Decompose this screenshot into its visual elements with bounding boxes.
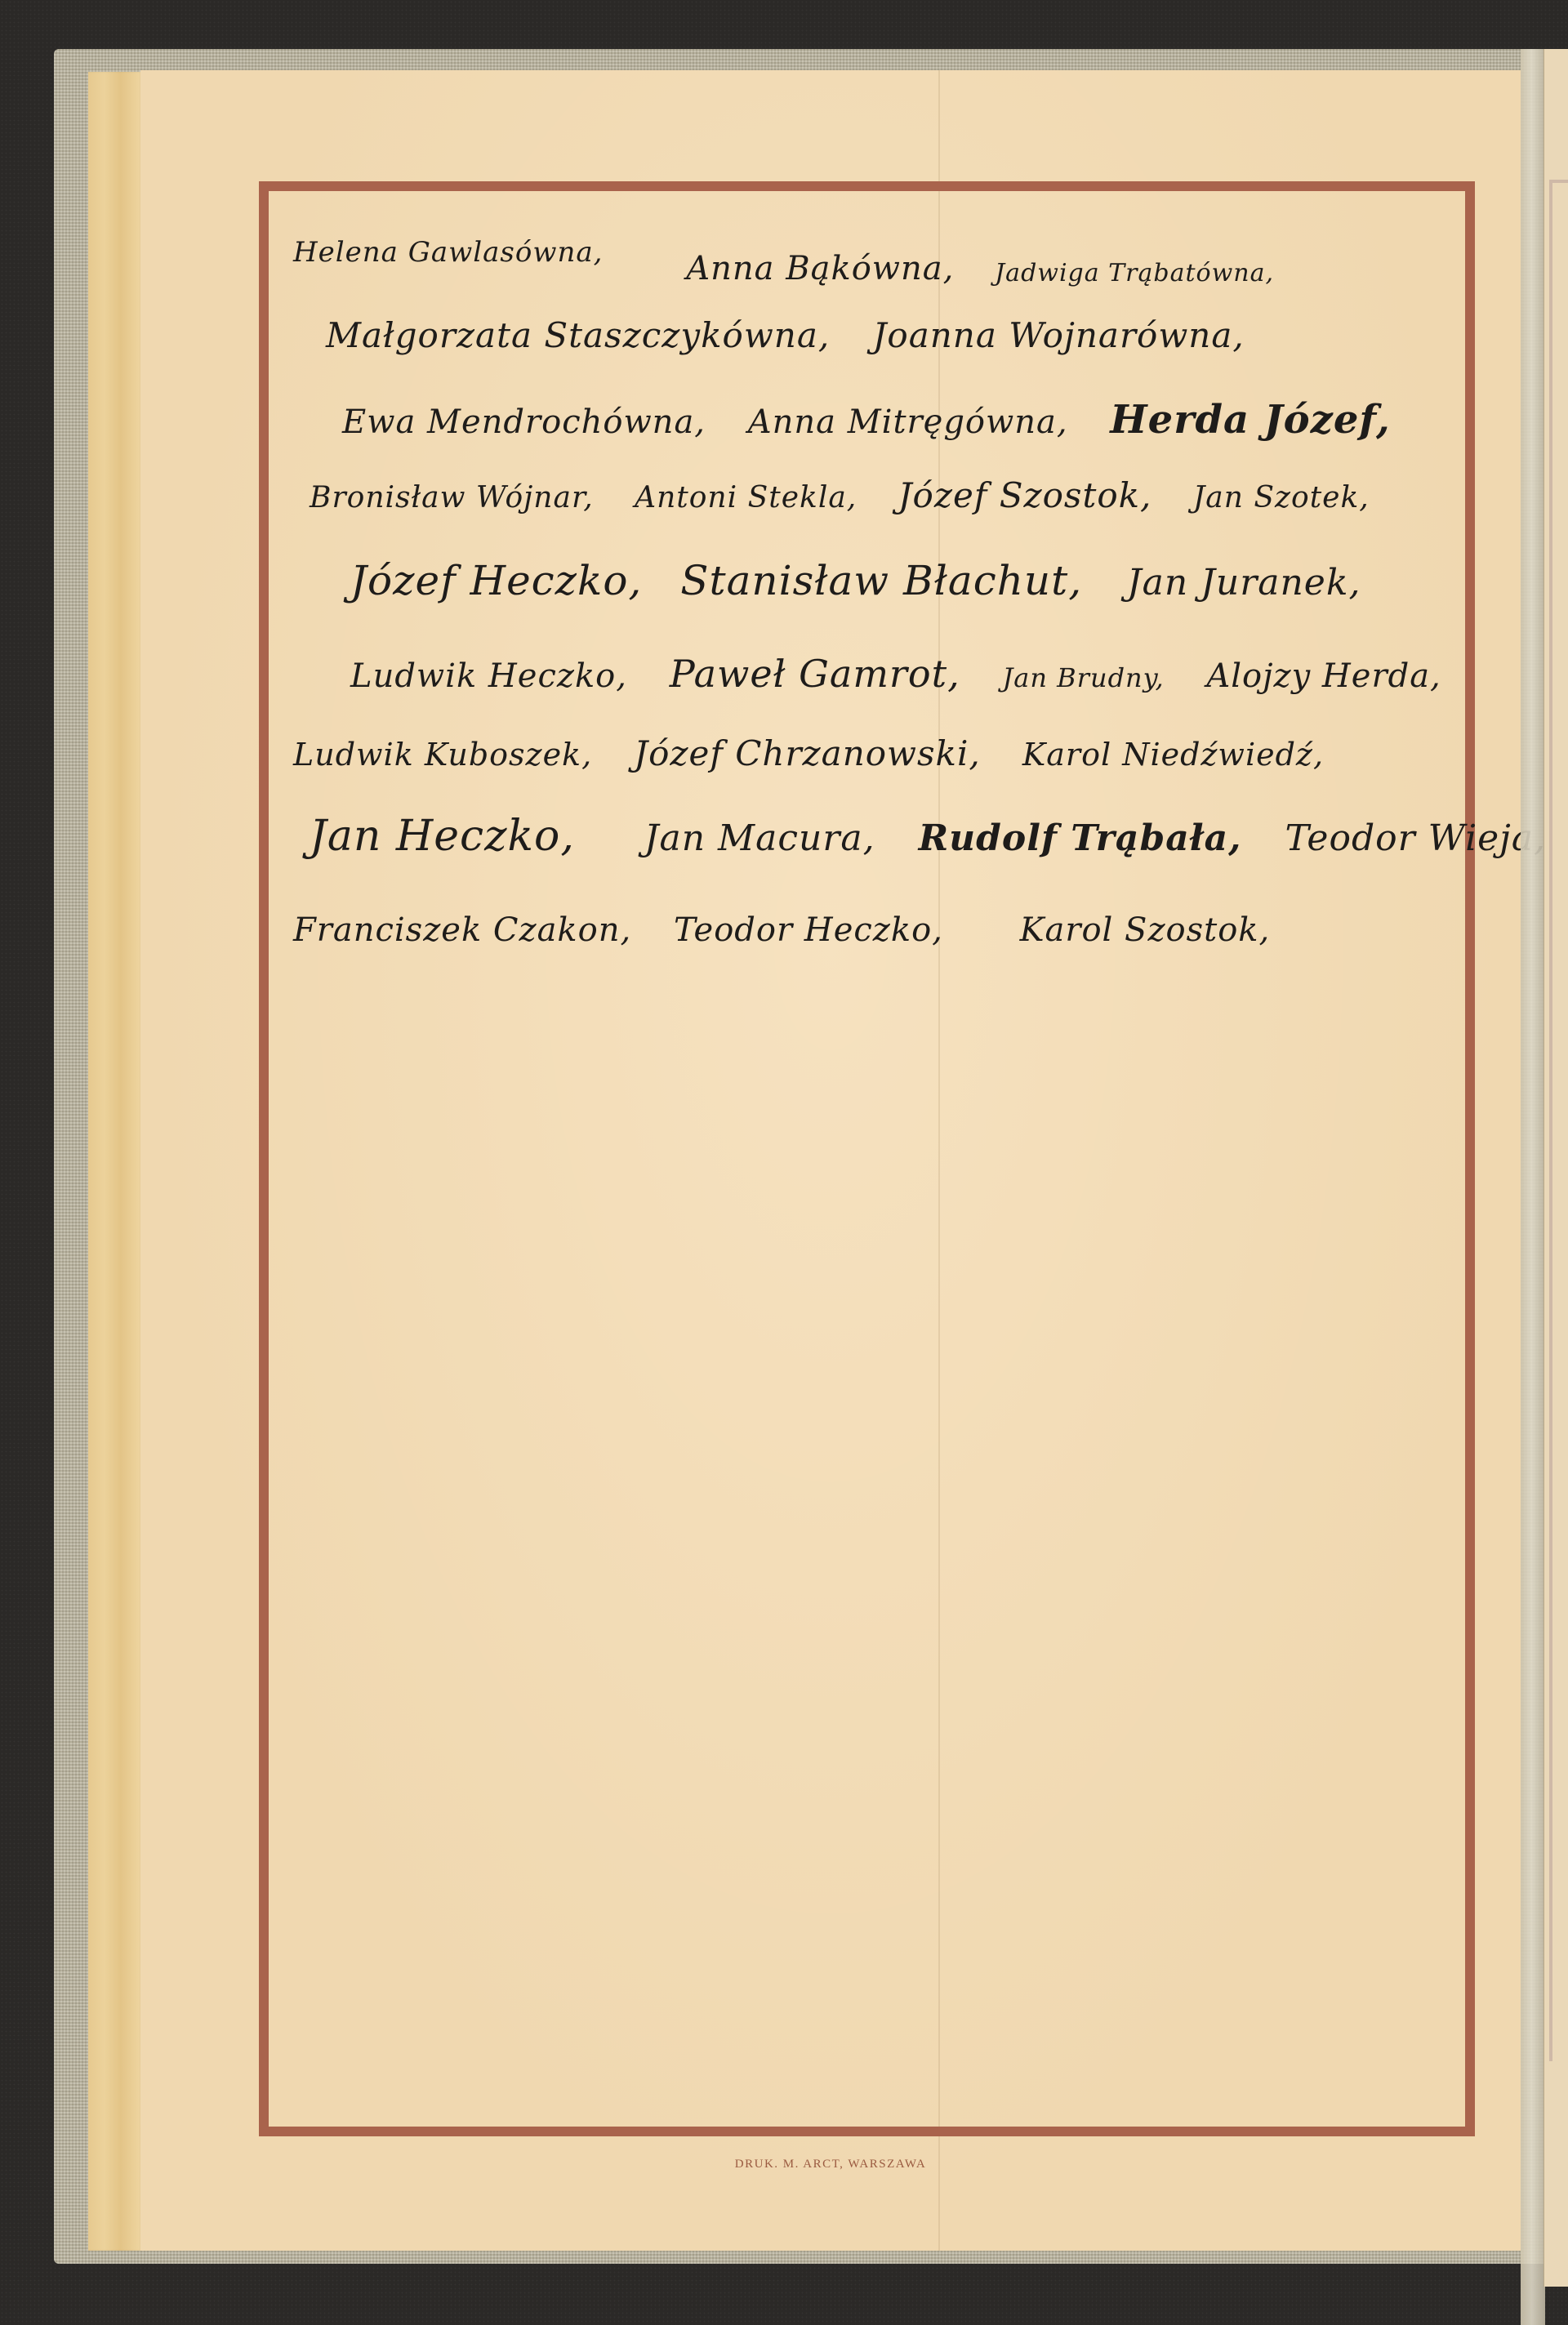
name-line-7: Ludwik Kuboszek, Józef Chrzanowski, Karo… (293, 733, 1355, 773)
name-entry: Anna Bąkówna, (686, 250, 954, 287)
name-entry: Ewa Mendrochówna, (342, 403, 706, 441)
name-entry: Józef Szostok, (898, 475, 1152, 515)
facing-page-edge (1543, 49, 1568, 2287)
name-entry: Małgorzata Staszczykówna, (326, 315, 830, 355)
name-entry: Rudolf Trąbała, (919, 817, 1242, 859)
name-line-6: Ludwik Heczko, Paweł Gamrot, Jan Brudny,… (350, 652, 1472, 696)
name-entry: Bronisław Wójnar, (310, 481, 594, 514)
name-line-4: Bronisław Wójnar, Antoni Stekla, Józef S… (310, 475, 1401, 515)
name-line-2: Małgorzata Staszczykówna, Joanna Wojnaró… (326, 315, 1276, 355)
name-entry: Anna Mitręgówna, (748, 403, 1068, 441)
name-entry: Jan Heczko, (310, 812, 575, 861)
name-entry: Jan Brudny, (1002, 662, 1164, 693)
name-line-5: Józef Heczko, Stanisław Błachut, Jan Jur… (350, 557, 1392, 604)
name-entry: Stanisław Błachut, (680, 557, 1082, 604)
red-border-frame: Helena Gawlasówna, Anna Bąkówna, Jadwiga… (259, 181, 1475, 2136)
name-entry: Jan Szotek, (1193, 481, 1370, 514)
name-entry: Karol Szostok, (1020, 911, 1271, 949)
name-entry: Jan Juranek, (1127, 562, 1361, 604)
name-entry: Herda Józef, (1110, 397, 1390, 443)
name-line-9: Franciszek Czakon, Teodor Heczko, Karol … (293, 911, 1301, 949)
name-entry: Alojzy Herda, (1206, 657, 1441, 695)
name-entry: Joanna Wojnarówna, (873, 315, 1245, 355)
name-entry: Ludwik Heczko, (350, 657, 627, 695)
name-entry: Ludwik Kuboszek, (293, 737, 592, 773)
facing-page-decoration (1549, 180, 1568, 2061)
book-gutter (1521, 49, 1545, 2325)
name-entry: Jadwiga Trąbatówna, (995, 259, 1274, 287)
printer-imprint: DRUK. M. ARCT, WARSZAWA (140, 2158, 1521, 2171)
name-entry: Józef Chrzanowski, (634, 733, 981, 773)
name-line-8: Jan Heczko, Jan Macura, Rudolf Trąbała, … (310, 812, 1568, 861)
name-entry: Jan Macura, (644, 817, 875, 859)
name-line-1: Helena Gawlasówna, Anna Bąkówna, Jadwiga… (293, 232, 1305, 269)
name-line-3: Ewa Mendrochówna, Anna Mitręgówna, Herda… (342, 397, 1422, 443)
name-entry: Franciszek Czakon, (293, 911, 631, 949)
book-page: Helena Gawlasówna, Anna Bąkówna, Jadwiga… (140, 70, 1521, 2251)
name-entry: Antoni Stekla, (635, 481, 857, 514)
name-entry: Teodor Heczko, (674, 911, 943, 949)
name-entry: Józef Heczko, (350, 557, 642, 604)
name-entry: Teodor Wieja, (1285, 817, 1546, 859)
name-entry: Karol Niedźwiedź, (1022, 737, 1324, 773)
page-edges (88, 72, 142, 2251)
name-entry: Paweł Gamrot, (670, 652, 960, 696)
name-entry: Helena Gawlasówna, (293, 236, 603, 269)
